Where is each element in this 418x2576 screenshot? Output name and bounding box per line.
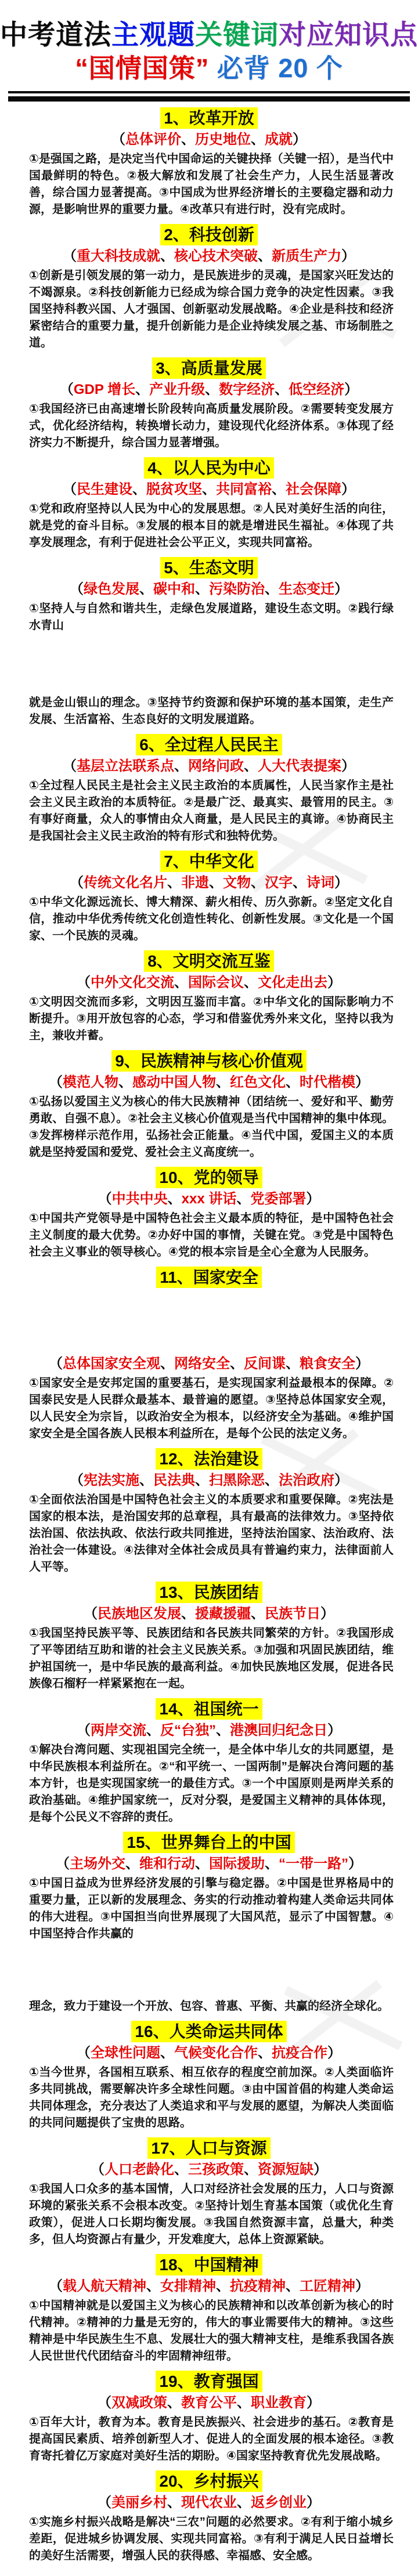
section-heading-row: 8、文明交流互鉴: [0, 950, 418, 972]
keyword: GDP 增长: [74, 382, 135, 397]
section-heading-row: 11、国家安全: [0, 1267, 418, 1288]
paren-close: ）: [341, 482, 355, 497]
section-heading: 17、人口与资源: [147, 2137, 270, 2159]
keyword: 资源短缺: [258, 2162, 313, 2177]
paren-close: ）: [327, 975, 341, 990]
keyword: 职业教育: [251, 2395, 307, 2411]
section-keywords: （双减政策、教育公平、职业教育）: [0, 2394, 418, 2412]
keyword-separator: 、: [244, 758, 258, 774]
keyword-separator: 、: [244, 975, 258, 990]
section: 3、高质量发展（GDP 增长、产业升级、数字经济、低空经济）①我国经济已由高速增…: [0, 357, 418, 451]
paren-close: ）: [334, 875, 348, 891]
sections-container: 1、改革开放（总体评价、历史地位、成就）①是强国之路，是决定当代中国命运的关键抉…: [0, 107, 418, 2564]
keyword: 红色文化: [230, 1074, 286, 1090]
paren-open: （: [77, 975, 91, 990]
paren-close: ）: [327, 1723, 341, 1738]
section-heading: 14、祖国统一: [156, 1698, 262, 1720]
keyword: 非遗: [181, 875, 209, 891]
keyword-separator: 、: [205, 382, 219, 397]
section-paragraph: ①坚持人与自然和谐共生，走绿色发展道路，建设生态文明。②践行绿水青山: [0, 600, 418, 634]
section-heading-row: 9、民族精神与核心价值观: [0, 1050, 418, 1072]
keyword: 碳中和: [153, 581, 195, 597]
keyword: 民法典: [153, 1472, 195, 1488]
section-heading: 11、国家安全: [156, 1267, 262, 1288]
keyword-separator: 、: [167, 875, 181, 891]
keyword: 全球性问题: [91, 2045, 160, 2061]
worksheet-page: 中考道法主观题关键词对应知识点 “国情国策” 必背 20 个 1、改革开放（总体…: [0, 0, 418, 2576]
section-keywords: （民生建设、脱贫攻坚、共同富裕、社会保障）: [0, 481, 418, 498]
section-paragraph: ①国家安全是安邦定国的重要基石，是实现国家利益最根本的保障。②国泰民安是人民群众…: [0, 1375, 418, 1442]
keyword: 新质生产力: [272, 248, 341, 264]
keyword: 宪法实施: [84, 1472, 139, 1488]
keyword: 中外文化交流: [91, 975, 174, 990]
keyword-separator: 、: [174, 758, 188, 774]
section-keywords: （人口老龄化、三孩政策、资源短缺）: [0, 2161, 418, 2179]
section-heading: 7、中华文化: [160, 851, 258, 872]
section-paragraph: ①实施乡村振兴战略是解决“三农”问题的必然要求。②有利于缩小城乡差距，促进城乡协…: [0, 2514, 418, 2564]
section: 8、文明交流互鉴（中外文化交流、国际会议、文化走出去）①文明因交流而多彩，文明因…: [0, 950, 418, 1044]
page-title-line2: “国情国策” 必背 20 个: [0, 54, 418, 83]
keyword: 重大科技成就: [77, 248, 160, 264]
section-heading: 15、世界舞台上的中国: [123, 1832, 294, 1853]
section-heading-row: 16、人类命运共同体: [0, 2021, 418, 2042]
keyword: 网络安全: [174, 1356, 230, 1372]
paren-open: （: [70, 1472, 84, 1488]
section: 16、人类命运共同体（全球性问题、气候变化合作、抗疫合作）①当今世界，各国相互联…: [0, 2021, 418, 2132]
section-paragraph: ①中国日益成为世界经济发展的引擎与稳定器。②中国是世界格局中的重要力量，正以新的…: [0, 1875, 418, 1942]
keyword-separator: 、: [265, 1856, 279, 1872]
section-heading-row: 12、法治建设: [0, 1448, 418, 1470]
keyword-separator: 、: [237, 2495, 251, 2510]
paren-open: （: [91, 2162, 105, 2177]
section-paragraph: 就是金山银山的理念。③坚持节约资源和保护环境的基本国策，走生产发展、生活富裕、生…: [0, 694, 418, 728]
keyword-separator: 、: [230, 1356, 244, 1372]
section-paragraph: ①我国坚持民族平等、民族团结和各民族共同繁荣的方针。②我国形成了平等团结互助和谐…: [0, 1625, 418, 1692]
section-keywords: （全球性问题、气候变化合作、抗疫合作）: [0, 2045, 418, 2062]
section: 14、祖国统一（两岸交流、反“台独”、港澳回归纪念日）①解决台湾问题、实现祖国完…: [0, 1698, 418, 1826]
keyword-separator: 、: [125, 1856, 139, 1872]
section: 11、国家安全（总体国家安全观、网络安全、反间谍、粮食安全）①国家安全是安邦定国…: [0, 1267, 418, 1442]
section: 15、世界舞台上的中国（主场外交、维和行动、国际援助、“一带一路”）①中国日益成…: [0, 1832, 418, 2015]
keyword: 社会保障: [286, 482, 341, 497]
keyword-separator: 、: [272, 482, 286, 497]
paren-open: （: [63, 248, 77, 264]
paren-open: （: [70, 875, 84, 891]
title-segment: “国情国策”: [75, 53, 209, 83]
section: 5、生态文明（绿色发展、碳中和、污染防治、生态变迁）①坚持人与自然和谐共生，走绿…: [0, 557, 418, 728]
keyword-separator: 、: [265, 1472, 279, 1488]
section-heading: 9、民族精神与核心价值观: [111, 1050, 307, 1072]
paren-close: ）: [320, 1606, 334, 1622]
keyword: 民生建设: [77, 482, 132, 497]
section-heading-row: 4、以人民为中心: [0, 457, 418, 479]
section-heading-row: 1、改革开放: [0, 107, 418, 129]
keyword: 脱贫攻坚: [146, 482, 202, 497]
keyword: 总体国家安全观: [63, 1356, 160, 1372]
section: 20、乡村振兴（美丽乡村、现代农业、返乡创业）①实施乡村振兴战略是解决“三农”问…: [0, 2470, 418, 2564]
keyword-separator: 、: [118, 1074, 132, 1090]
page-break-gap: [0, 1942, 418, 1998]
keyword-separator: 、: [265, 581, 279, 597]
section-heading-row: 20、乡村振兴: [0, 2470, 418, 2492]
keyword-separator: 、: [286, 1074, 300, 1090]
paren-open: （: [63, 482, 77, 497]
paren-close: ）: [306, 1191, 320, 1207]
section-heading: 1、改革开放: [160, 107, 258, 129]
keyword: 扫黑除恶: [209, 1472, 265, 1488]
keyword: 主场外交: [70, 1856, 125, 1872]
section-paragraph: ①弘扬以爱国主义为核心的伟大民族精神（团结统一、爱好和平、勤劳勇敢、自强不息）。…: [0, 1094, 418, 1161]
section-heading-row: 6、全过程人民民主: [0, 734, 418, 755]
section-heading-row: 2、科技创新: [0, 224, 418, 245]
keyword: 传统文化名片: [84, 875, 167, 891]
section-keywords: （载人航天精神、女排精神、抗疫精神、工匠精神）: [0, 2278, 418, 2295]
section: 10、党的领导（中共中央、xxx 讲话、党委部署）①中国共产党领导是中国特色社会…: [0, 1167, 418, 1261]
keyword: “一带一路”: [279, 1856, 348, 1872]
keyword-separator: 、: [275, 382, 289, 397]
keyword: 汉字: [265, 875, 293, 891]
paren-open: （: [98, 2395, 111, 2411]
paren-close: ）: [355, 2278, 369, 2294]
section-heading: 6、全过程人民民主: [136, 734, 282, 755]
paren-open: （: [98, 2495, 111, 2510]
keyword: 产业升级: [149, 382, 205, 397]
section-heading-row: 7、中华文化: [0, 851, 418, 872]
section-keywords: （模范人物、感动中国人物、红色文化、时代楷模）: [0, 1074, 418, 1091]
keyword: 美丽乡村: [111, 2495, 167, 2510]
section: 13、民族团结（民族地区发展、援藏援疆、民族节日）①我国坚持民族平等、民族团结和…: [0, 1582, 418, 1692]
section-keywords: （主场外交、维和行动、国际援助、“一带一路”）: [0, 1855, 418, 1873]
keyword: 绿色发展: [84, 581, 139, 597]
section-paragraph: ①中华文化源远流长、博大精深、薪火相传、历久弥新。②坚定文化自信，推动中华优秀传…: [0, 894, 418, 945]
paren-close: ）: [293, 132, 307, 147]
section-keywords: （总体评价、历史地位、成就）: [0, 131, 418, 149]
keyword: 现代农业: [181, 2495, 237, 2510]
keyword: 反间谍: [244, 1356, 286, 1372]
section-paragraph: ①中国精神就是以爱国主义为核心的民族精神和以改革创新为核心的时代精神。②精神的力…: [0, 2298, 418, 2365]
section-paragraph: 理念，致力于建设一个开放、包容、普惠、平衡、共赢的经济全球化。: [0, 1998, 418, 2015]
section: 9、民族精神与核心价值观（模范人物、感动中国人物、红色文化、时代楷模）①弘扬以爱…: [0, 1050, 418, 1161]
keyword-separator: 、: [258, 248, 272, 264]
page-break-gap: [0, 634, 418, 694]
section: 4、以人民为中心（民生建设、脱贫攻坚、共同富裕、社会保障）①党和政府坚持以人民为…: [0, 457, 418, 551]
keyword-separator: 、: [202, 482, 216, 497]
keyword-separator: 、: [195, 581, 209, 597]
paren-open: （: [56, 1856, 70, 1872]
keyword: 载人航天精神: [63, 2278, 146, 2294]
section-keywords: （重大科技成就、核心技术突破、新质生产力）: [0, 248, 418, 265]
paren-open: （: [84, 1606, 98, 1622]
keyword-separator: 、: [135, 382, 149, 397]
section-keywords: （美丽乡村、现代农业、返乡创业）: [0, 2494, 418, 2512]
keyword: 感动中国人物: [132, 1074, 216, 1090]
section-paragraph: ①中国共产党领导是中国特色社会主义最本质的特征，是中国特色社会主义制度的最大优势…: [0, 1210, 418, 1261]
keyword-separator: 、: [286, 2278, 300, 2294]
keyword-separator: 、: [181, 1606, 195, 1622]
paren-open: （: [49, 2278, 63, 2294]
keyword: 法治政府: [279, 1472, 334, 1488]
keyword-separator: 、: [146, 2278, 160, 2294]
section-heading-row: 5、生态文明: [0, 557, 418, 578]
keyword: 工匠精神: [300, 2278, 355, 2294]
keyword-separator: 、: [195, 1472, 209, 1488]
page-title: 中考道法主观题关键词对应知识点 “国情国策” 必背 20 个: [0, 20, 418, 83]
section-paragraph: ①全过程人民民主是社会主义民主政治的本质属性，人民当家作主是社会主义民主政治的本…: [0, 777, 418, 845]
section-heading-row: 3、高质量发展: [0, 357, 418, 379]
divider-thick-rule: [8, 96, 409, 102]
paren-open: （: [111, 132, 125, 147]
page-break-gap: [0, 1290, 418, 1355]
keyword: 气候变化合作: [174, 2045, 258, 2061]
section-heading: 8、文明交流互鉴: [144, 950, 274, 972]
section: 6、全过程人民民主（基层立法联系点、网络问政、人大代表提案）①全过程人民民主是社…: [0, 734, 418, 845]
section-heading: 12、法治建设: [156, 1448, 262, 1470]
keyword-separator: 、: [146, 1723, 160, 1738]
section-heading: 2、科技创新: [160, 224, 258, 245]
section-paragraph: ①解决台湾问题、实现祖国完全统一，是全体中华儿女的共同愿望，是中华民族根本利益所…: [0, 1742, 418, 1826]
keyword: 核心技术突破: [174, 248, 258, 264]
section-paragraph: ①我国人口众多的基本国情，人口对经济社会发展的压力，人口与资源环境的紧张关系不会…: [0, 2181, 418, 2248]
keyword-separator: 、: [244, 2162, 258, 2177]
keyword: 模范人物: [63, 1074, 118, 1090]
section-paragraph: ①我国经济已由高速增长阶段转向高质量发展阶段。②需要转变发展方式，优化经济结构，…: [0, 401, 418, 451]
keyword-separator: 、: [167, 2495, 181, 2510]
section-paragraph: ①百年大计，教育为本。教育是民族振兴、社会进步的基石。②教育是提高国民素质、培养…: [0, 2414, 418, 2465]
section: 18、中国精神（载人航天精神、女排精神、抗疫精神、工匠精神）①中国精神就是以爱国…: [0, 2254, 418, 2365]
keyword: 文化走出去: [258, 975, 327, 990]
section-heading-row: 15、世界舞台上的中国: [0, 1832, 418, 1853]
keyword: 援藏援疆: [195, 1606, 251, 1622]
section-heading: 18、中国精神: [156, 2254, 262, 2275]
section: 19、教育强国（双减政策、教育公平、职业教育）①百年大计，教育为本。教育是民族振…: [0, 2371, 418, 2465]
paren-open: （: [60, 382, 74, 397]
section-heading: 19、教育强国: [156, 2371, 262, 2392]
keyword: 国际会议: [188, 975, 244, 990]
keyword: 诗词: [307, 875, 334, 891]
keyword-separator: 、: [139, 581, 153, 597]
keyword-separator: 、: [258, 2045, 272, 2061]
keyword: 两岸交流: [91, 1723, 146, 1738]
keyword-separator: 、: [168, 1191, 182, 1207]
paren-close: ）: [344, 382, 358, 397]
keyword: 污染防治: [209, 581, 265, 597]
keyword-separator: 、: [181, 132, 195, 147]
section: 17、人口与资源（人口老龄化、三孩政策、资源短缺）①我国人口众多的基本国情，人口…: [0, 2137, 418, 2248]
keyword-separator: 、: [216, 1074, 230, 1090]
keyword-separator: 、: [160, 1356, 174, 1372]
keyword: 女排精神: [160, 2278, 216, 2294]
keyword: 文物: [223, 875, 251, 891]
keyword: 历史地位: [195, 132, 251, 147]
section-heading-row: 19、教育强国: [0, 2371, 418, 2392]
section-heading: 13、民族团结: [156, 1582, 262, 1603]
keyword: 中共中央: [112, 1191, 168, 1207]
section-keywords: （传统文化名片、非遗、文物、汉字、诗词）: [0, 874, 418, 892]
section-keywords: （两岸交流、反“台独”、港澳回归纪念日）: [0, 1722, 418, 1739]
keyword-separator: 、: [139, 1472, 153, 1488]
section-heading-row: 14、祖国统一: [0, 1698, 418, 1720]
section-keywords: （基层立法联系点、网络问政、人大代表提案）: [0, 758, 418, 775]
title-segment: 对应知识点: [279, 19, 418, 50]
keyword: 返乡创业: [251, 2495, 307, 2510]
section-keywords: （中外文化交流、国际会议、文化走出去）: [0, 974, 418, 992]
paren-close: ）: [355, 1356, 369, 1372]
divider-thin-rule: [8, 91, 409, 93]
section-keywords: （宪法实施、民法典、扫黑除恶、法治政府）: [0, 1472, 418, 1489]
keyword: 人口老龄化: [105, 2162, 174, 2177]
keyword: 民族节日: [265, 1606, 320, 1622]
section-heading: 16、人类命运共同体: [131, 2021, 286, 2042]
section-heading: 20、乡村振兴: [156, 2470, 262, 2492]
paren-close: ）: [313, 2162, 327, 2177]
section-keywords: （中共中央、xxx 讲话、党委部署）: [0, 1191, 418, 1208]
keyword: 基层立法联系点: [77, 758, 174, 774]
keyword: 党委部署: [250, 1191, 306, 1207]
page-title-line1: 中考道法主观题关键词对应知识点: [0, 20, 418, 50]
keyword: 网络问政: [188, 758, 244, 774]
keyword-separator: 、: [195, 1856, 209, 1872]
keyword-separator: 、: [251, 875, 265, 891]
section-paragraph: ①是强国之路，是决定当代中国命运的关键抉择（关键一招），是当代中国最鲜明的特色。…: [0, 151, 418, 218]
section-heading: 4、以人民为中心: [144, 457, 274, 479]
keyword-separator: 、: [251, 132, 265, 147]
section-heading-row: 17、人口与资源: [0, 2137, 418, 2159]
paren-open: （: [70, 581, 84, 597]
keyword-separator: 、: [174, 975, 188, 990]
section-keywords: （民族地区发展、援藏援疆、民族节日）: [0, 1605, 418, 1623]
keyword: 三孩政策: [188, 2162, 244, 2177]
section: 2、科技创新（重大科技成就、核心技术突破、新质生产力）①创新是引领发展的第一动力…: [0, 224, 418, 352]
keyword-separator: 、: [160, 248, 174, 264]
keyword: 抗疫精神: [230, 2278, 286, 2294]
keyword-separator: 、: [132, 482, 146, 497]
title-segment: 关键词: [195, 19, 279, 50]
keyword: 粮食安全: [300, 1356, 355, 1372]
keyword: 港澳回归纪念日: [230, 1723, 327, 1738]
paren-open: （: [49, 1074, 63, 1090]
keyword-separator: 、: [293, 875, 307, 891]
section-paragraph: ①创新是引领发展的第一动力，是民族进步的灵魂，是国家兴旺发达的不竭源泉。②科技创…: [0, 267, 418, 352]
keyword-separator: 、: [286, 1356, 300, 1372]
keyword-separator: 、: [174, 2162, 188, 2177]
keyword: 抗疫合作: [272, 2045, 327, 2061]
paren-open: （: [63, 758, 77, 774]
paren-open: （: [49, 1356, 63, 1372]
keyword-separator: 、: [251, 1606, 265, 1622]
section-heading: 3、高质量发展: [152, 357, 266, 379]
section-heading-row: 13、民族团结: [0, 1582, 418, 1603]
paren-close: ）: [355, 1074, 369, 1090]
section-keywords: （绿色发展、碳中和、污染防治、生态变迁）: [0, 581, 418, 598]
section-keywords: （GDP 增长、产业升级、数字经济、低空经济）: [0, 381, 418, 399]
keyword: 时代楷模: [300, 1074, 355, 1090]
keyword: 生态变迁: [279, 581, 334, 597]
keyword: xxx 讲话: [182, 1191, 237, 1207]
title-segment: 必背 20 个: [209, 53, 343, 83]
title-divider: [8, 91, 409, 102]
keyword: 人大代表提案: [258, 758, 341, 774]
paren-open: （: [77, 1723, 91, 1738]
keyword: 民族地区发展: [98, 1606, 181, 1622]
paren-close: ）: [341, 758, 355, 774]
keyword-separator: 、: [236, 1191, 250, 1207]
paren-close: ）: [307, 2395, 320, 2411]
section: 12、法治建设（宪法实施、民法典、扫黑除恶、法治政府）①全面依法治国是中国特色社…: [0, 1448, 418, 1576]
paren-open: （: [77, 2045, 91, 2061]
section: 1、改革开放（总体评价、历史地位、成就）①是强国之路，是决定当代中国命运的关键抉…: [0, 107, 418, 218]
paren-open: （: [98, 1191, 112, 1207]
keyword-separator: 、: [237, 2395, 251, 2411]
section: 7、中华文化（传统文化名片、非遗、文物、汉字、诗词）①中华文化源远流长、博大精深…: [0, 851, 418, 945]
title-segment: 中考道法: [0, 19, 111, 50]
paren-close: ）: [341, 248, 355, 264]
keyword: 国际援助: [209, 1856, 265, 1872]
keyword: 共同富裕: [216, 482, 272, 497]
keyword: 成就: [265, 132, 293, 147]
paren-close: ）: [348, 1856, 362, 1872]
title-segment: 主观题: [111, 19, 195, 50]
section-paragraph: ①当今世界，各国相互联系、相互依存的程度空前加深。②人类面临许多共同挑战，需要解…: [0, 2064, 418, 2132]
keyword: 双减政策: [111, 2395, 167, 2411]
section-heading: 5、生态文明: [160, 557, 258, 578]
keyword-separator: 、: [167, 2395, 181, 2411]
keyword-separator: 、: [209, 875, 223, 891]
section-heading: 10、党的领导: [156, 1167, 262, 1188]
section-paragraph: ①文明因交流而多彩，文明因互鉴而丰富。②中华文化的国际影响力不断提升。③用开放包…: [0, 994, 418, 1044]
section-keywords: （总体国家安全观、网络安全、反间谍、粮食安全）: [0, 1355, 418, 1373]
keyword: 低空经济: [289, 382, 344, 397]
keyword-separator: 、: [216, 2278, 230, 2294]
section-heading-row: 10、党的领导: [0, 1167, 418, 1188]
paren-close: ）: [334, 581, 348, 597]
paren-close: ）: [327, 2045, 341, 2061]
section-heading-row: 18、中国精神: [0, 2254, 418, 2275]
paren-close: ）: [307, 2495, 320, 2510]
paren-close: ）: [334, 1472, 348, 1488]
keyword: 反“台独”: [160, 1723, 216, 1738]
keyword: 总体评价: [125, 132, 181, 147]
keyword-separator: 、: [216, 1723, 230, 1738]
keyword-separator: 、: [160, 2045, 174, 2061]
section-paragraph: ①党和政府坚持以人民为中心的发展思想。②人民对美好生活的向往，就是党的奋斗目标。…: [0, 501, 418, 551]
keyword: 数字经济: [219, 382, 275, 397]
keyword: 教育公平: [181, 2395, 237, 2411]
section-paragraph: ①全面依法治国是中国特色社会主义的本质要求和重要保障。②宪法是国家的根本法，是治…: [0, 1492, 418, 1576]
keyword: 维和行动: [139, 1856, 195, 1872]
